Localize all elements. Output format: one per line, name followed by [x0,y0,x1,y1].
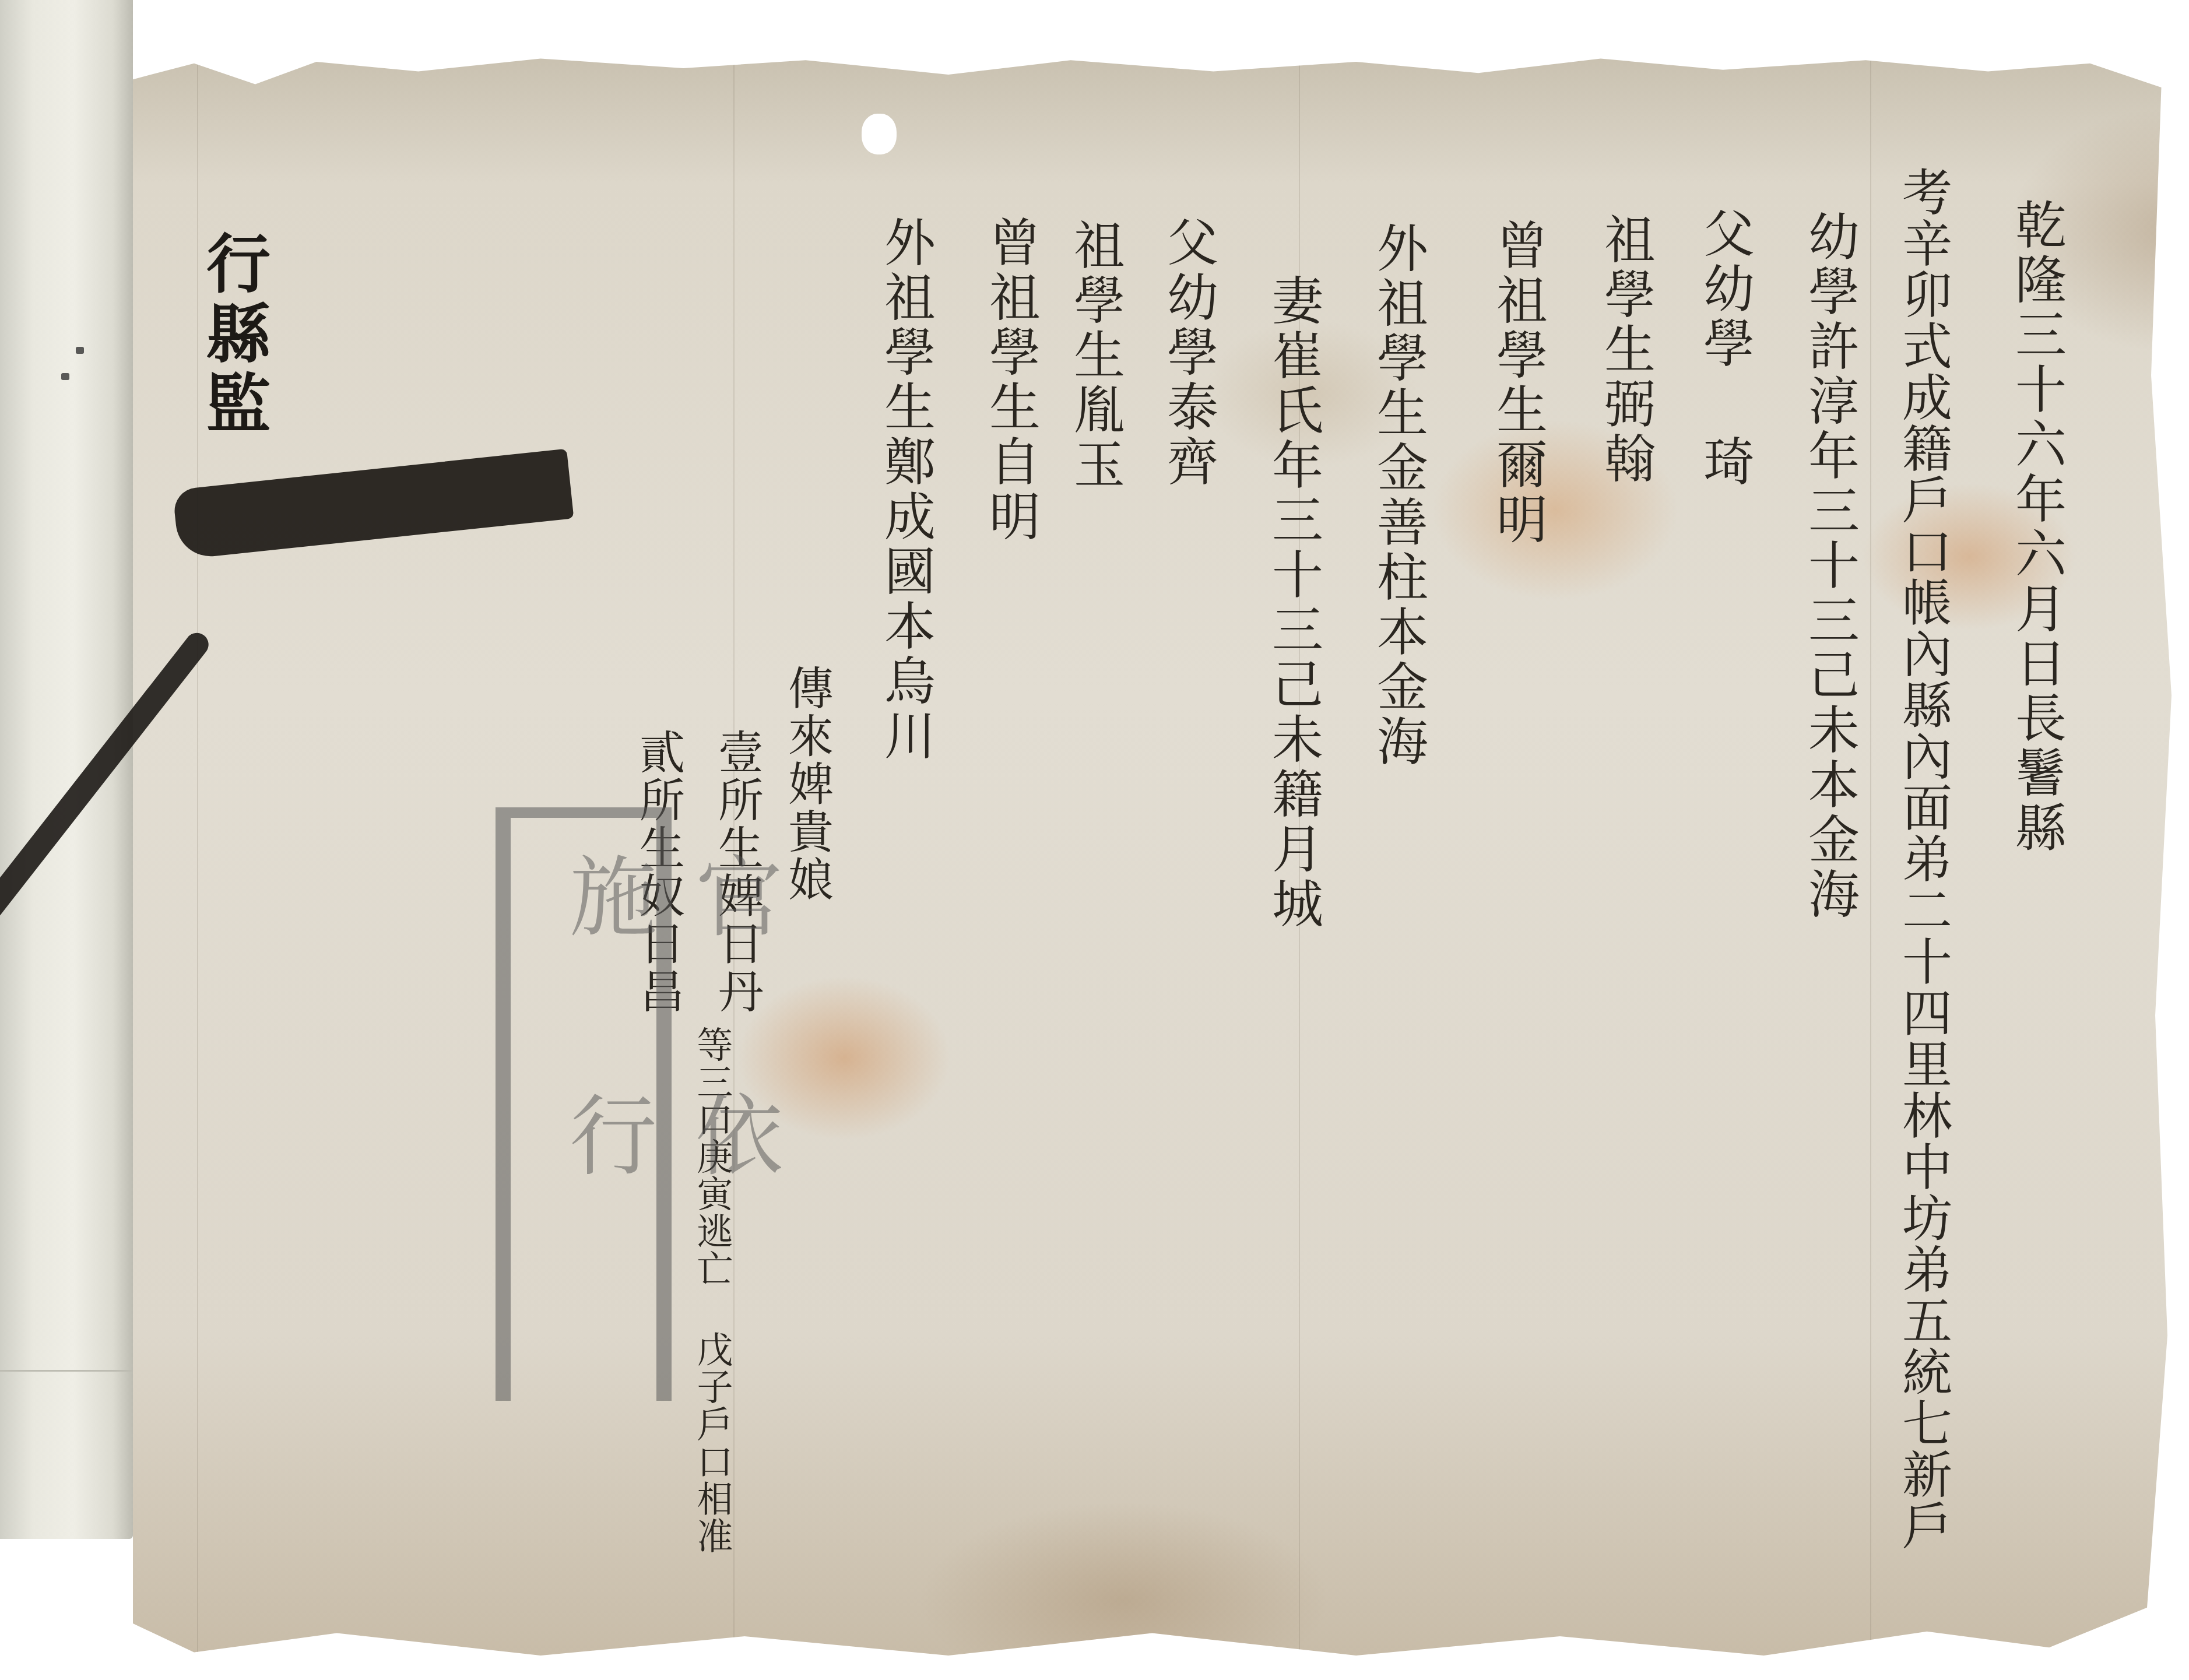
column-maternal-grandfather: 外祖學生金善柱本金海 [1373,222,1424,769]
official-title: 行縣監 [201,230,265,440]
column-father: 父幼學 琦 [1699,207,1751,490]
column-head: 幼學許淳年三十三己未本金海 [1804,210,1856,922]
paper-hole [862,114,897,154]
ink-mark [76,347,84,354]
column-reference: 考辛卯式成籍戶口帳內縣內面弟二十四里林中坊弟五統七新戶 [1898,166,1948,1551]
column-great-grandfather: 曾祖學生爾明 [1492,219,1544,547]
column-wife-maternal-grandfather: 外祖學生鄭成國本烏川 [880,216,932,764]
column-grandfather: 祖學生弼翰 [1600,213,1652,487]
column-wife-father: 父幼學泰齊 [1163,216,1214,490]
column-wife-great-grandfather: 曾祖學生自明 [985,216,1036,544]
roll-seam [0,1370,133,1372]
ink-mark [61,373,69,380]
fold-line [1870,55,1871,1656]
column-wife: 妻崔氏年三十三己未籍月城 [1268,274,1319,932]
official-stamp-text: 官依 施行 [542,851,794,1680]
column-date: 乾隆三十六年六月日長鬐縣 [2011,198,2062,856]
column-wife-grandfather: 祖學生胤玉 [1070,219,1121,493]
document-paper [133,55,2172,1656]
